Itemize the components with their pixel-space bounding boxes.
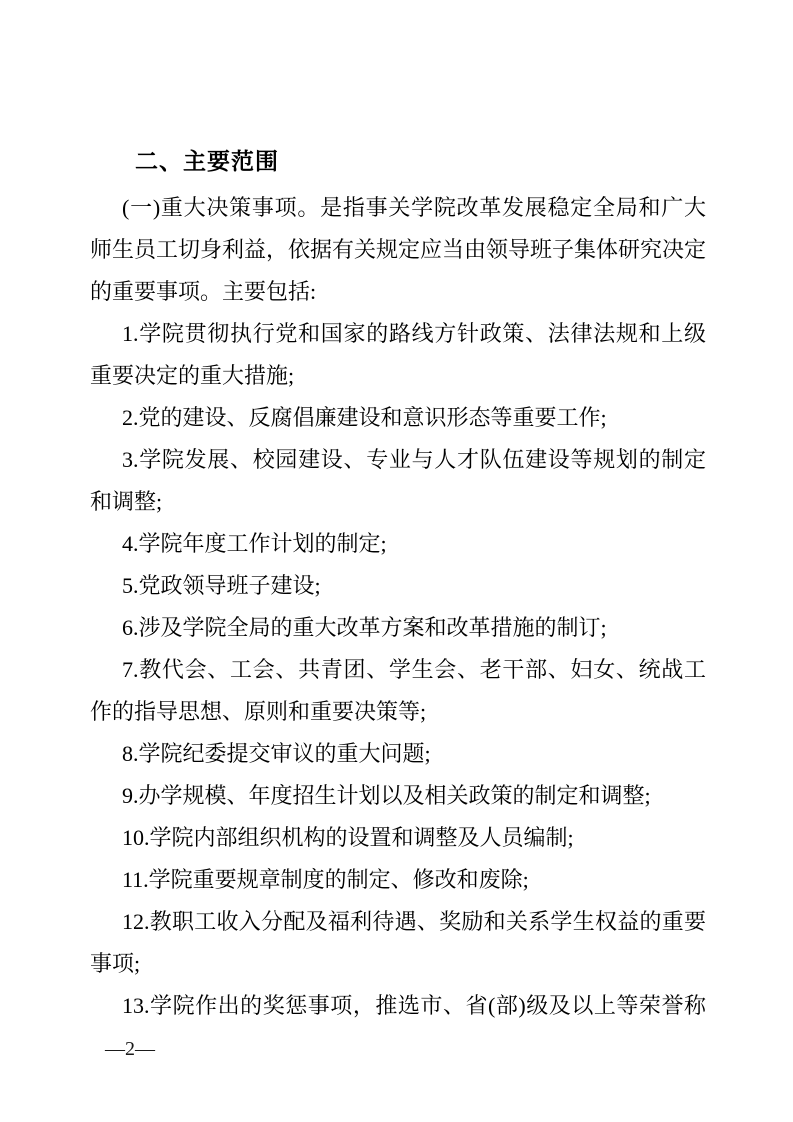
list-item-line: 13.学院作出的奖惩事项，推选市、省(部)级及以上等荣誉称 [90,985,706,1027]
list-item-line: 和调整; [90,481,706,523]
list-item-line: 4.学院年度工作计划的制定; [90,523,706,565]
list-item-line: 3.学院发展、校园建设、专业与人才队伍建设等规划的制定 [90,439,706,481]
list-item-line: 12.教职工收入分配及福利待遇、奖励和关系学生权益的重要 [90,901,706,943]
list-item-line: 事项; [90,943,706,985]
list-item-line: 9.办学规模、年度招生计划以及相关政策的制定和调整; [90,775,706,817]
list-item-line: 作的指导思想、原则和重要决策等; [90,691,706,733]
paragraph-line: 的重要事项。主要包括: [90,271,706,313]
section-heading: 二、主要范围 [90,140,706,182]
list-item-line: 1.学院贯彻执行党和国家的路线方针政策、法律法规和上级 [90,313,706,355]
list-item-line: 8.学院纪委提交审议的重大问题; [90,733,706,775]
list-item-line: 6.涉及学院全局的重大改革方案和改革措施的制订; [90,607,706,649]
document-page: 二、主要范围 (一)重大决策事项。是指事关学院改革发展稳定全局和广大 师生员工切… [0,0,793,1122]
list-item-line: 5.党政领导班子建设; [90,565,706,607]
list-item-line: 7.教代会、工会、共青团、学生会、老干部、妇女、统战工 [90,649,706,691]
list-item-line: 重要决定的重大措施; [90,355,706,397]
paragraph-line: 师生员工切身利益，依据有关规定应当由领导班子集体研究决定 [90,229,706,271]
document-body: 二、主要范围 (一)重大决策事项。是指事关学院改革发展稳定全局和广大 师生员工切… [90,140,706,1027]
list-item-line: 2.党的建设、反腐倡廉建设和意识形态等重要工作; [90,397,706,439]
paragraph-line: (一)重大决策事项。是指事关学院改革发展稳定全局和广大 [90,187,706,229]
list-item-line: 10.学院内部组织机构的设置和调整及人员编制; [90,817,706,859]
page-number: —2— [105,1036,155,1062]
list-item-line: 11.学院重要规章制度的制定、修改和废除; [90,859,706,901]
